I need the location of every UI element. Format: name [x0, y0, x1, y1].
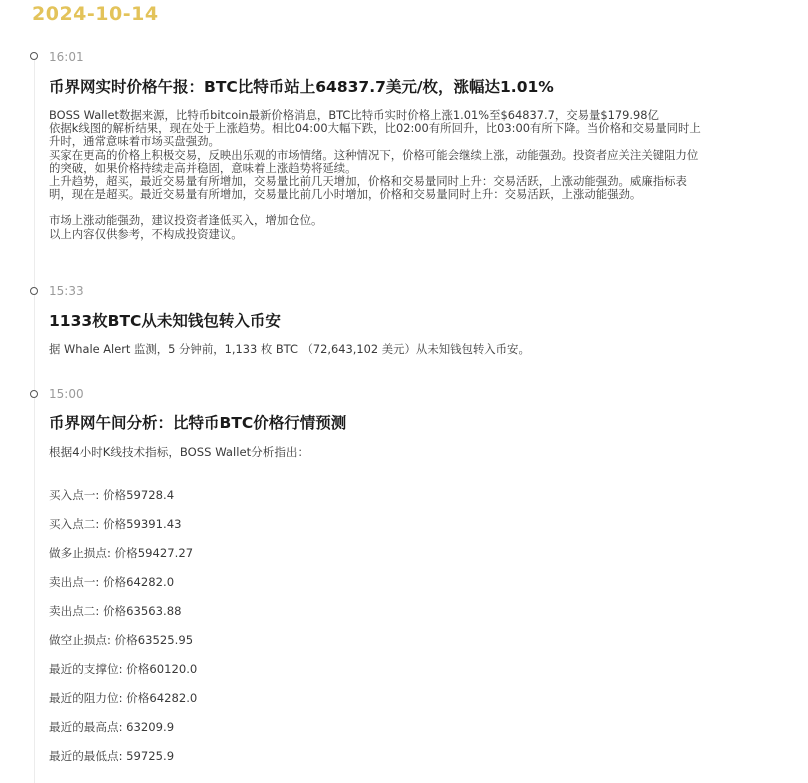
level-recent-high: 最近的最高点: 63209.9	[49, 719, 174, 735]
level-sell-1: 卖出点一: 价格64282.0	[49, 574, 174, 590]
level-buy-1: 买入点一: 价格59728.4	[49, 487, 174, 503]
timeline-dot-icon	[30, 390, 38, 398]
entry-intro: 根据4小时K线技术指标，BOSS Wallet分析指出：	[49, 444, 309, 460]
level-support: 最近的支撑位: 价格60120.0	[49, 661, 197, 677]
body-line: 以上内容仅供参考，不构成投资建议。	[49, 228, 779, 241]
level-recent-low: 最近的最低点: 59725.9	[49, 748, 174, 764]
entry-time: 15:33	[49, 283, 84, 299]
entry-time: 15:00	[49, 386, 84, 402]
level-short-stop: 做空止损点: 价格63525.95	[49, 632, 193, 648]
level-resistance: 最近的阻力位: 价格64282.0	[49, 690, 197, 706]
entry-title[interactable]: 币界网午间分析：比特币BTC价格行情预测	[49, 412, 346, 434]
entry-title[interactable]: 1133枚BTC从未知钱包转入币安	[49, 310, 281, 332]
body-line: 升时，通常意味着市场买盘强劲。	[49, 135, 779, 148]
entry-title[interactable]: 币界网实时价格午报：BTC比特币站上64837.7美元/枚，涨幅达1.01%	[49, 76, 554, 98]
level-buy-2: 买入点二: 价格59391.43	[49, 516, 181, 532]
timeline-dot-icon	[30, 287, 38, 295]
body-line: 据 Whale Alert 监测，5 分钟前，1,133 枚 BTC （72,6…	[49, 343, 779, 356]
body-line: 买家在更高的价格上积极交易，反映出乐观的市场情绪。这种情况下，价格可能会继续上涨…	[49, 149, 779, 162]
entry-body: 据 Whale Alert 监测，5 分钟前，1,133 枚 BTC （72,6…	[49, 343, 779, 356]
level-sell-2: 卖出点二: 价格63563.88	[49, 603, 181, 619]
timeline-dot-icon	[30, 52, 38, 60]
entry-body: BOSS Wallet数据来源，比特币bitcoin最新价格消息，BTC比特币实…	[49, 109, 779, 241]
level-long-stop: 做多止损点: 价格59427.27	[49, 545, 193, 561]
timeline-line	[34, 60, 35, 783]
body-line: 明，现在是超买。最近交易量有所增加，交易量比前几小时增加，价格和交易量同时上升：…	[49, 188, 779, 201]
body-line: 市场上涨动能强劲，建议投资者逢低买入，增加仓位。	[49, 214, 779, 227]
news-timeline: 16:01 币界网实时价格午报：BTC比特币站上64837.7美元/枚，涨幅达1…	[0, 0, 808, 783]
entry-time: 16:01	[49, 49, 84, 65]
